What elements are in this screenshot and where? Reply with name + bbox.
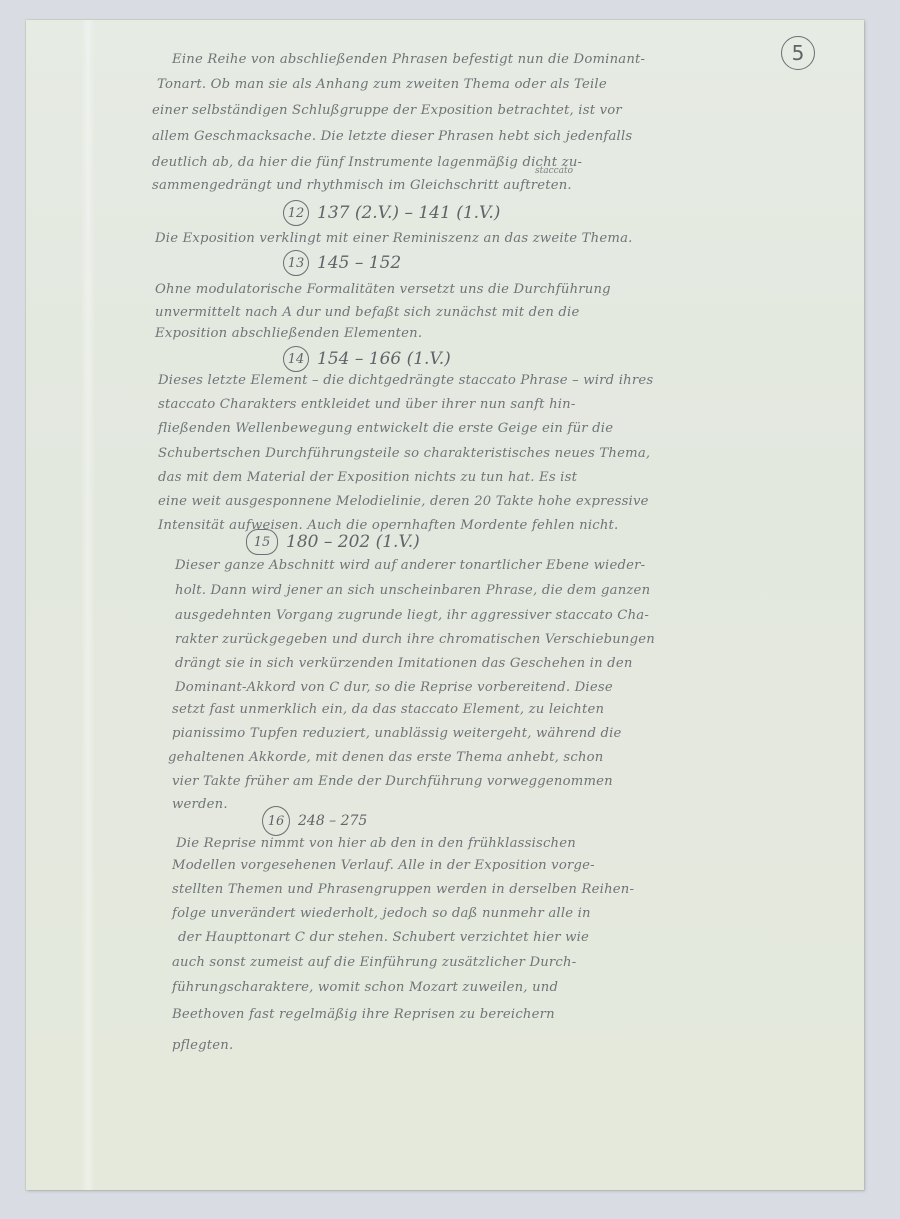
section-heading-16: 16 248 – 275 xyxy=(262,806,367,836)
circled-marker: 15 xyxy=(246,529,278,555)
text-line: Beethoven fast regelmäßig ihre Reprisen … xyxy=(172,1007,555,1022)
text-line: rakter zurückgegeben und durch ihre chro… xyxy=(175,632,655,647)
text-line: führungscharaktere, womit schon Mozart z… xyxy=(172,980,558,995)
text-line: auch sonst zumeist auf die Einführung zu… xyxy=(172,955,576,970)
text-line: Modellen vorgesehenen Verlauf. Alle in d… xyxy=(172,858,595,873)
text-line: fließenden Wellenbewegung entwickelt die… xyxy=(158,421,613,436)
circled-marker: 12 xyxy=(283,200,309,226)
measure-range: 154 – 166 (1.V.) xyxy=(317,349,451,369)
text-line: Dieses letzte Element – die dichtgedräng… xyxy=(158,373,653,388)
text-line: Tonart. Ob man sie als Anhang zum zweite… xyxy=(157,77,607,92)
text-line: das mit dem Material der Exposition nich… xyxy=(158,470,577,485)
section-heading-15: 15 180 – 202 (1.V.) xyxy=(246,529,420,555)
text-line: Exposition abschließenden Elementen. xyxy=(155,326,422,341)
section-heading-14: 14 154 – 166 (1.V.) xyxy=(283,346,451,372)
staccato-annotation: staccato xyxy=(535,166,573,176)
text-line: Schubertschen Durchführungsteile so char… xyxy=(158,446,650,461)
text-line: eine weit ausgesponnene Melodielinie, de… xyxy=(158,494,649,509)
text-line: gehaltenen Akkorde, mit denen das erste … xyxy=(168,750,603,765)
circled-marker: 14 xyxy=(283,346,309,372)
text-line: deutlich ab, da hier die fünf Instrument… xyxy=(152,155,582,170)
page-number: 5 xyxy=(781,36,815,70)
text-line: werden. xyxy=(172,797,228,812)
text-line: staccato Charakters entkleidet und über … xyxy=(158,397,576,412)
text-line: folge unverändert wiederholt, jedoch so … xyxy=(172,906,591,921)
measure-range: 137 (2.V.) – 141 (1.V.) xyxy=(317,203,500,223)
text-line: setzt fast unmerklich ein, da das stacca… xyxy=(172,702,604,717)
section-heading-12: 12 137 (2.V.) – 141 (1.V.) xyxy=(283,200,500,226)
text-line: ausgedehnten Vorgang zugrunde liegt, ihr… xyxy=(175,608,649,623)
text-line: Ohne modulatorische Formalitäten versetz… xyxy=(155,282,611,297)
text-line: Eine Reihe von abschließenden Phrasen be… xyxy=(172,52,645,67)
text-line: stellten Themen und Phrasengruppen werde… xyxy=(172,882,634,897)
text-line: vier Takte früher am Ende der Durchführu… xyxy=(172,774,613,789)
text-line: pflegten. xyxy=(172,1038,233,1053)
text-line: Dominant-Akkord von C dur, so die Repris… xyxy=(175,680,613,695)
text-line: Die Exposition verklingt mit einer Remin… xyxy=(155,231,633,246)
text-line: einer selbständigen Schlußgruppe der Exp… xyxy=(152,103,622,118)
measure-range: 145 – 152 xyxy=(317,253,401,273)
measure-range: 248 – 275 xyxy=(298,813,367,829)
text-line: allem Geschmacksache. Die letzte dieser … xyxy=(152,129,632,144)
text-line: der Haupttonart C dur stehen. Schubert v… xyxy=(178,930,589,945)
text-line: Dieser ganze Abschnitt wird auf anderer … xyxy=(175,558,645,573)
circled-marker: 16 xyxy=(262,806,290,836)
text-line: holt. Dann wird jener an sich unscheinba… xyxy=(175,583,650,598)
text-line: sammengedrängt und rhythmisch im Gleichs… xyxy=(152,178,572,193)
text-line: pianissimo Tupfen reduziert, unablässig … xyxy=(172,726,622,741)
measure-range: 180 – 202 (1.V.) xyxy=(286,532,420,552)
text-line: unvermittelt nach A dur und befaßt sich … xyxy=(155,305,579,320)
section-heading-13: 13 145 – 152 xyxy=(283,250,401,276)
text-line: Die Reprise nimmt von hier ab den in den… xyxy=(176,836,576,851)
circled-marker: 13 xyxy=(283,250,309,276)
text-line: drängt sie in sich verkürzenden Imitatio… xyxy=(175,656,633,671)
